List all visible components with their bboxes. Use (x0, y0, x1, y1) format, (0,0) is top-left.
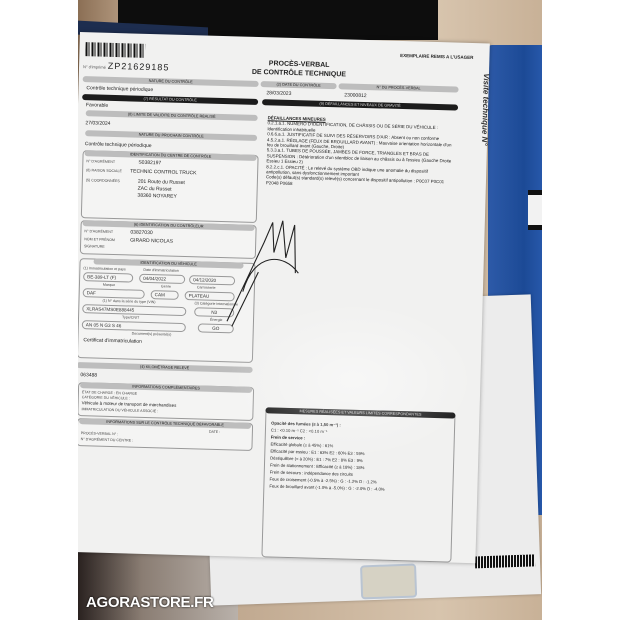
center-agrement: S0382197 (138, 160, 161, 167)
nature-value: Contrôle technique périodique (86, 85, 153, 93)
barcode-bottom (475, 554, 535, 568)
result-header: (7) RÉSULTAT DU CONTRÔLE (82, 94, 258, 105)
measures-list: Opacité des fumées (≤ à 1,50 m⁻¹) : C1 :… (269, 419, 451, 494)
result-value: Favorable (86, 102, 108, 109)
controller-name: GIRARD NICOLAS (130, 237, 173, 244)
pv-number: 23000812 (344, 92, 366, 99)
signature-scribble (222, 211, 305, 333)
serial-number: N° d'impriméZP21629185 (83, 60, 170, 72)
watermark: AGORASTORE.FR (86, 594, 214, 611)
date-value: 28/03/2023 (266, 90, 291, 97)
document-title: PROCÈS-VERBAL DE CONTRÔLE TECHNIQUE (229, 58, 369, 80)
center-address-2: ZAC du Russet (138, 186, 172, 193)
defects-header: (9) DÉFAILLANCES ET NIVEAUX DE GRAVITÉ (262, 99, 458, 110)
validity-header: (8) LIMITE DE VALIDITÉ DU CONTRÔLE RÉALI… (86, 110, 258, 121)
validity-value: 27/03/2024 (85, 120, 110, 127)
vehicle-make: DAF (83, 288, 145, 299)
hologram-window (360, 563, 417, 599)
date-header: (2) DATE DU CONTRÔLE (261, 81, 337, 89)
mileage-value: 063488 (80, 372, 97, 378)
mileage-header: (4) KILOMÉTRAGE RELEVÉ (78, 362, 253, 373)
document-photo: N° d'impriméZP21629185 EXEMPLAIRE REMIS … (78, 0, 542, 620)
controller-agrement: 03827030 (130, 229, 152, 236)
copy-label: EXEMPLAIRE REMIS A L'USAGER (400, 53, 473, 60)
defects-list: DÉFAILLANCES MINEURES 0.2.1.a.1. NUMÉRO … (266, 115, 454, 190)
next-control-value: Contrôle technique périodique (85, 141, 152, 149)
inspection-report: N° d'impriméZP21629185 EXEMPLAIRE REMIS … (78, 32, 490, 563)
plate-number: BE-389-LT (F) (83, 272, 133, 282)
barcode-top (85, 42, 145, 58)
folder-label (528, 190, 542, 230)
center-address-3: 38360 NOYAREY (137, 193, 177, 200)
next-control-header: NATURE DU PROCHAIN CONTRÔLE (85, 130, 257, 141)
vehicle-genre: CAM (151, 290, 179, 300)
pv-header: N° DU PROCÈS-VERBAL (339, 83, 459, 92)
registration-date: 04/04/2022 (139, 274, 185, 284)
